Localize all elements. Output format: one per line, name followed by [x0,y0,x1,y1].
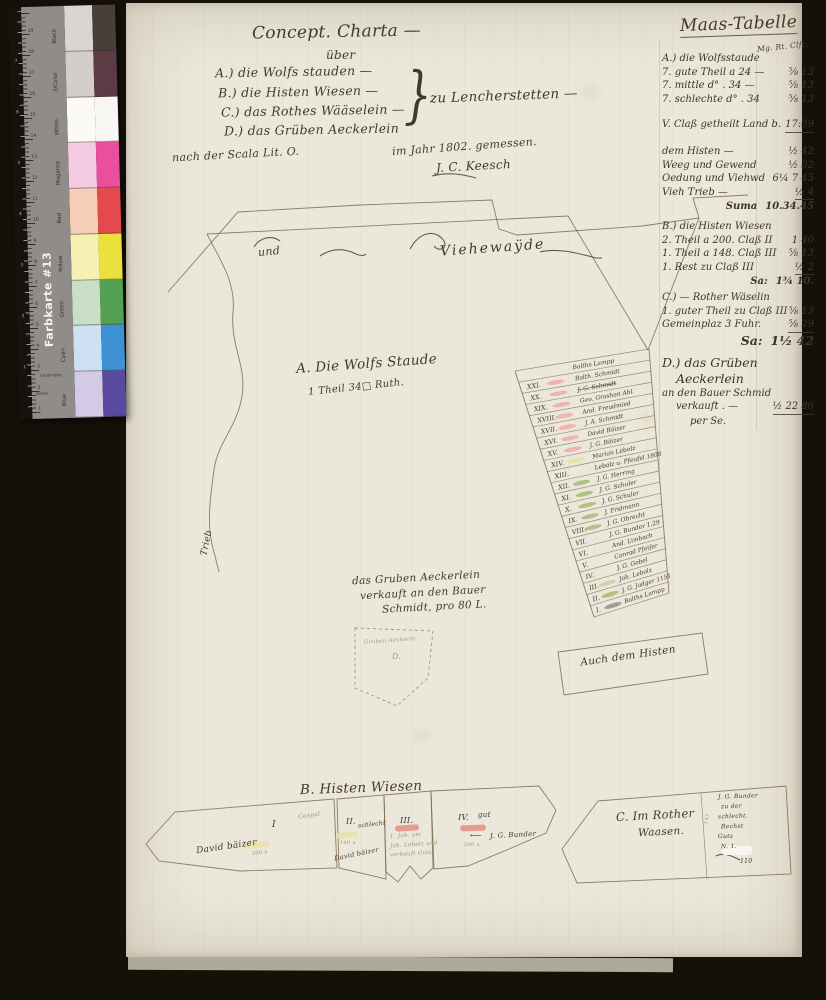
b1-numeral: I [272,820,276,830]
flourish [540,250,602,258]
table-row: B.) die Histen Wiesen [662,220,814,234]
strip-numeral: XII. [556,481,570,492]
table-row: verkauft . —½ 22 86 [662,400,814,415]
b-strip-4 [431,786,556,869]
table-row: A.) die Wolfsstaude [662,52,814,66]
table-row-value: ½ 4 [795,186,814,201]
strip-mark-pink [561,434,580,442]
parcel-a-left-wavy [207,234,243,572]
table-row: dem Histen —½ 42 [662,145,814,159]
maas-tabelle-title: Maas-Tabelle [680,12,798,38]
table-row: 7. gute Theil a 24 —⅝ 13 [662,66,814,80]
table-row-value: ½ 2 [795,261,814,276]
c-label-line2: Waasen. [638,825,685,839]
table-row-label: verkauft . — [676,400,738,415]
table-row-value: ⅝ 29 [788,318,814,333]
table-row-label: per Se. [690,415,726,429]
strip-numeral: IV. [584,571,595,581]
table-row-label: 1. Rest zu Claß III [662,261,754,276]
b4-qual: gut [478,811,491,819]
strip-mark-green [584,523,603,532]
strip-numeral: VII. [574,537,588,548]
table-row: Sa:1½ 42 [662,333,814,349]
c-panel-line: J. G. Bunder [718,792,758,800]
strip-numeral: X. [563,505,572,515]
table-row-label: 7. mittle d° . 34 — [662,79,755,93]
table-row: 7. schlechte d° . 34⅝ 13 [662,93,814,107]
strip-mark-pink [546,379,564,386]
gruben-plot-letter: D. [392,652,401,661]
table-row-label: V. Claß getheilt Land b. [662,118,781,133]
strip-numeral: XI. [560,493,572,503]
table-row: Weeg und Gewend½ 32 [662,159,814,173]
b-strip-1 [146,799,337,871]
table-row: 7. mittle d° . 34 —⅝ 13 [662,79,814,93]
table-row: Gemeinplaz 3 Fuhr.⅝ 29 [662,318,814,333]
strip-mark-pink [552,401,570,409]
b4-note: 200 u [464,842,480,848]
table-row: Sa:1¾ 10. [662,275,814,289]
panel-flourish [716,854,740,860]
table-row-value: ½ 32 [788,159,814,173]
legend-item-a: A.) die Wolfs stauden — [215,63,373,81]
flourish [320,250,366,256]
map-title-ueber: über [326,48,355,62]
scanned-map-page: 7654321 Farbkarte #13 Centimetre Inches … [0,0,826,1000]
table-row-value: 10.34.45 [765,200,814,214]
table-row: Oedung und Viehwd6¼ 7 45 [662,172,814,186]
table-row-value: 1¾ 10. [776,275,814,289]
table-rule-left [659,40,660,470]
table-row-label: Vieh Trieb — [662,186,728,201]
c-panel-line: Rechst [721,823,744,831]
table-row: 2. Theil a 200. Claß II1 40 [662,234,814,248]
c-panel-line: N. 1. [721,843,737,851]
table-row-label: Suma [726,200,758,214]
table-row: 1. guter Theil zu Claß III⅝ 13 [662,305,814,319]
legend-item-b: B.) die Histen Wiesen — [218,83,379,101]
table-row-value: ½ 22 86 [773,400,815,415]
strip-mark-yellow [566,456,585,464]
b4-numeral: IV. [458,813,469,822]
c-panel-line: schlecht. [718,812,748,820]
maas-tabelle-rows: A.) die Wolfsstaude7. gute Theil a 24 —⅝… [662,52,814,428]
strip-numeral: XV. [546,448,559,458]
table-row-value: 17:39 [785,118,814,133]
table-row: 1. Theil a 148. Claß III⅝ 13 [662,247,814,261]
c-panel-line: zu der [721,803,742,811]
strip-numeral: II. [591,594,601,604]
strip-mark-pink [549,390,567,397]
strip-mark-pink [564,445,583,453]
strip-numeral: III. [587,582,600,593]
table-row-label: Oedung und Viehwd [662,172,765,186]
table-row: Aeckerlein [662,371,814,387]
strip-numeral: XXI. [525,381,541,391]
map-title: Concept. Charta — [252,21,421,44]
table-row-label: an den Bauer Schmid [662,387,771,401]
table-row: Suma10.34.45 [662,200,814,214]
parcel-a-right [568,216,648,350]
table-row-label: A.) die Wolfsstaude [662,52,760,66]
table-row-value: 1½ 42 [771,333,814,349]
legend-brace: } [404,58,432,131]
table-row-label: C.) — Rother Wäselin [662,291,770,305]
parcel-a-top [207,216,568,234]
strip-numeral: XIX. [532,403,548,414]
table-row-value: ⅝ 13 [788,305,814,319]
strip-mark-green [572,479,591,487]
strip-mark-green [581,512,600,520]
table-row-label: 1. guter Theil zu Claß III [662,305,787,319]
legend-item-d: D.) das Grüben Aeckerlein [224,120,399,138]
table-row-label: dem Histen — [662,145,734,159]
strip-mark-green [578,501,597,509]
legend-item-c: C.) das Rothes Wääselein — [221,101,405,119]
strip-fan: Balths LamppXXI.Balth. SchmidtXX.J. G. S… [515,349,672,617]
table-row-value: ⅝ 13 [788,79,814,93]
strip-mark-green [575,490,594,498]
b2-note: 140 u [340,840,356,846]
strip-numeral: XVI. [543,437,559,448]
table-row: C.) — Rother Wäselin [662,291,814,305]
table-row: an den Bauer Schmid [662,387,814,401]
table-row-label: Aeckerlein [676,371,744,387]
table-row-label: 7. schlechte d° . 34 [662,93,760,107]
table-row-label: Sa: [750,275,767,289]
table-row-label: Sa: [741,333,763,349]
table-row-value: ⅝ 13 [788,66,814,80]
table-row-value: 6¼ 7 45 [773,172,815,186]
c-panel-line: Guts [718,833,734,841]
table-row-value: 1 40 [792,234,814,248]
c-region-divider [701,793,707,879]
table-row: 1. Rest zu Claß III½ 2 [662,261,814,276]
table-row-value: ⅝ 13 [788,93,814,107]
strip-numeral: V. [581,561,589,570]
strip-mark-pink [555,412,573,420]
strip-mark-pink [558,423,577,431]
table-row-label: 7. gute Theil a 24 — [662,66,764,80]
table-row-label: Weeg und Gewend [662,159,757,173]
strip-numeral: XX. [529,393,543,403]
table-row-label: Gemeinplaz 3 Fuhr. [662,318,761,333]
table-row-label: D.) das Grüben [662,355,758,371]
table-rule-values [756,50,757,430]
label-und: und [257,244,280,259]
table-row: per Se. [662,415,814,429]
strip-numeral: IX. [567,515,579,525]
b4-arrow: ⟵ [470,831,482,840]
strip-numeral: VI. [578,549,589,559]
strip-numeral: I. [594,606,602,615]
strip-numeral: XIV. [549,459,565,470]
c-panel-number: 110 [740,858,752,865]
table-row: Vieh Trieb —½ 4 [662,186,814,201]
table-row-value: ⅝ 13 [788,247,814,261]
table-row-value: ½ 42 [788,145,814,159]
table-row: D.) das Grüben [662,355,814,371]
b2-numeral: II. [346,817,356,826]
table-row: V. Claß getheilt Land b.17:39 [662,118,814,133]
table-row-label: 1. Theil a 148. Claß III [662,247,776,261]
